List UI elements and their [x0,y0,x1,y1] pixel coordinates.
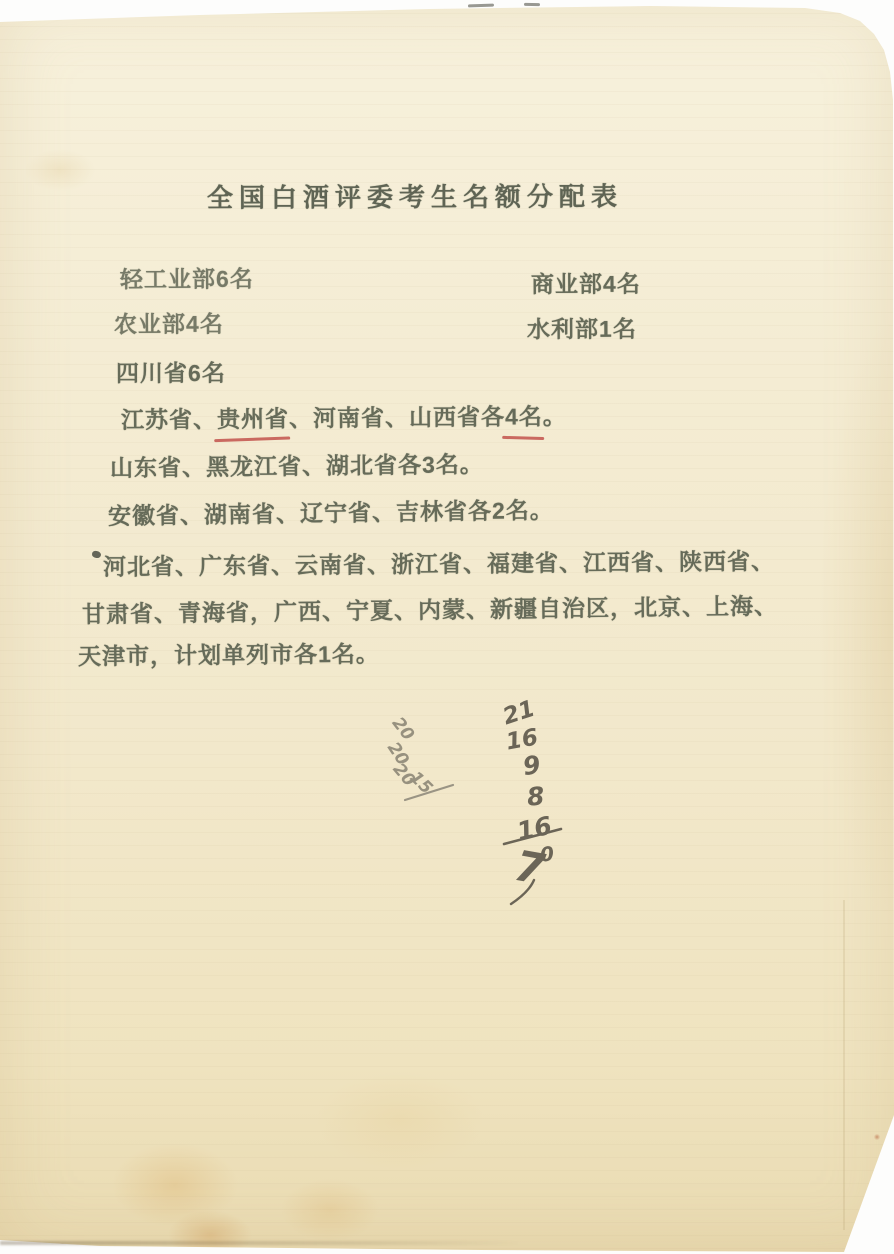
pen-sum-line-stroke [504,829,561,844]
four-each-segment-guizhou: 贵州省 [217,400,289,434]
handwriting-strokes [330,670,590,920]
four-each-segment-count: 4名 [505,398,543,431]
scan-speck [468,4,494,8]
quota-commerce: 商业部4名 [531,266,641,300]
document-title: 全国白酒评委考生名额分配表 [207,176,623,214]
pencil-underline-stroke [405,785,453,800]
quota-one-each-line1: 河北省、广东省、云南省、浙江省、福建省、江西省、陕西省、 [103,543,775,582]
scan-speck [524,3,540,6]
four-each-segment: 。 [543,398,567,431]
four-each-segment-guizhou-text: 贵州省 [217,405,289,432]
quota-sichuan: 四川省6名 [116,355,226,388]
quota-water-resources: 水利部1名 [527,311,637,345]
paper-bottom-edge-shadow [0,1241,520,1245]
quota-light-industry: 轻工业部6名 [120,261,254,295]
scanned-document-page: { "page": { "background": "#fdfdfc", "pa… [0,0,894,1254]
four-each-segment: 江苏省、 [121,401,217,435]
pen-seven-tail-stroke [511,880,534,904]
quota-two-each-line: 安徽省、湖南省、辽宁省、吉林省各2名。 [108,492,554,531]
quota-four-each-line: 江苏省、贵州省、河南省、山西省各4名。 [121,398,567,435]
four-each-segment: 、河南省、山西省各 [289,399,505,434]
paper-fold-line [843,900,845,1230]
quota-one-each-line3: 天津市，计划单列市各1名。 [78,636,380,672]
quota-three-each-line: 山东省、黑龙江省、湖北省各3名。 [110,446,484,483]
quota-agriculture: 农业部4名 [114,306,224,340]
four-each-segment-count-text: 4名 [505,403,543,429]
